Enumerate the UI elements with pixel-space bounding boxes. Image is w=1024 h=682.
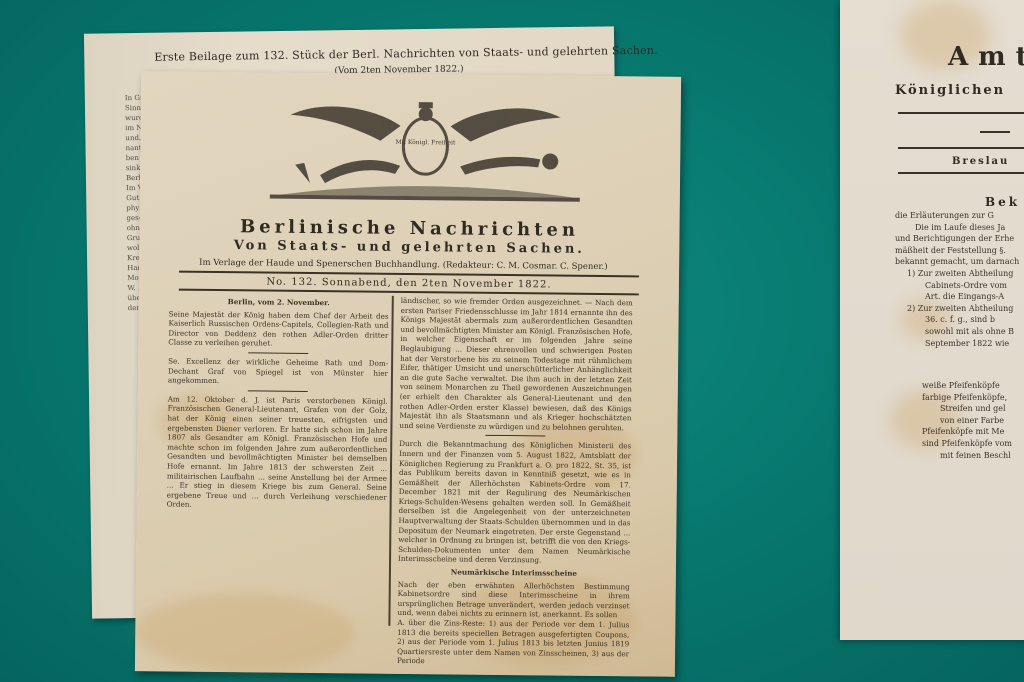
article-paragraph: A. über die Zins-Reste: 1) aus der Perio… (397, 618, 629, 668)
right-newspaper-sheet: Amt Königlichen Breslau Bek die Erläuter… (840, 0, 1024, 640)
article-paragraph: Seine Majestät der König haben dem Chef … (168, 309, 388, 350)
front-newspaper-sheet: Mit Königl. Freiheit Berlinische Nachric… (135, 71, 681, 677)
dateline: Berlin, vom 2. November. (169, 296, 389, 308)
right-sheet-heading: Bek (985, 195, 1020, 209)
right-sheet-text: die Erläuterungen zur G Die im Laufe die… (895, 210, 1024, 349)
article-paragraph: Se. Excellenz der wirkliche Geheime Rath… (168, 356, 388, 387)
supplement-header: Erste Beilage zum 132. Stück der Berl. N… (154, 45, 594, 64)
right-sheet-place: Breslau (952, 156, 1009, 167)
right-sheet-list: weiße Pfeifenköpfe farbige Pfeifenköpfe,… (912, 380, 1024, 461)
article-paragraph: Am 12. Oktober d. J. ist Paris verstorbe… (167, 394, 388, 511)
emblem-text: Mit Königl. Freiheit (395, 139, 456, 147)
publisher-line: Im Verlage der Haude und Spenerschen Buc… (199, 258, 649, 273)
left-column: Berlin, vom 2. November. Seine Majestät … (167, 293, 389, 511)
right-sheet-subtitle: Königlichen (895, 83, 1005, 98)
right-sheet-title: Amt (948, 42, 1024, 72)
article-paragraph: Durch die Bekanntmachung des Königlichen… (398, 439, 631, 566)
article-paragraph: ländischer, so wie fremder Orden ausgeze… (399, 296, 632, 433)
column-divider (388, 296, 393, 626)
right-column: ländischer, so wie fremder Orden ausgeze… (397, 296, 633, 668)
prussian-eagle-emblem-icon: Mit Königl. Freiheit (260, 94, 591, 217)
section-heading: Neumärkische Interimsscheine (398, 567, 630, 579)
article-paragraph: Nach der eben erwähnten Allerhöchsten Be… (397, 580, 629, 621)
